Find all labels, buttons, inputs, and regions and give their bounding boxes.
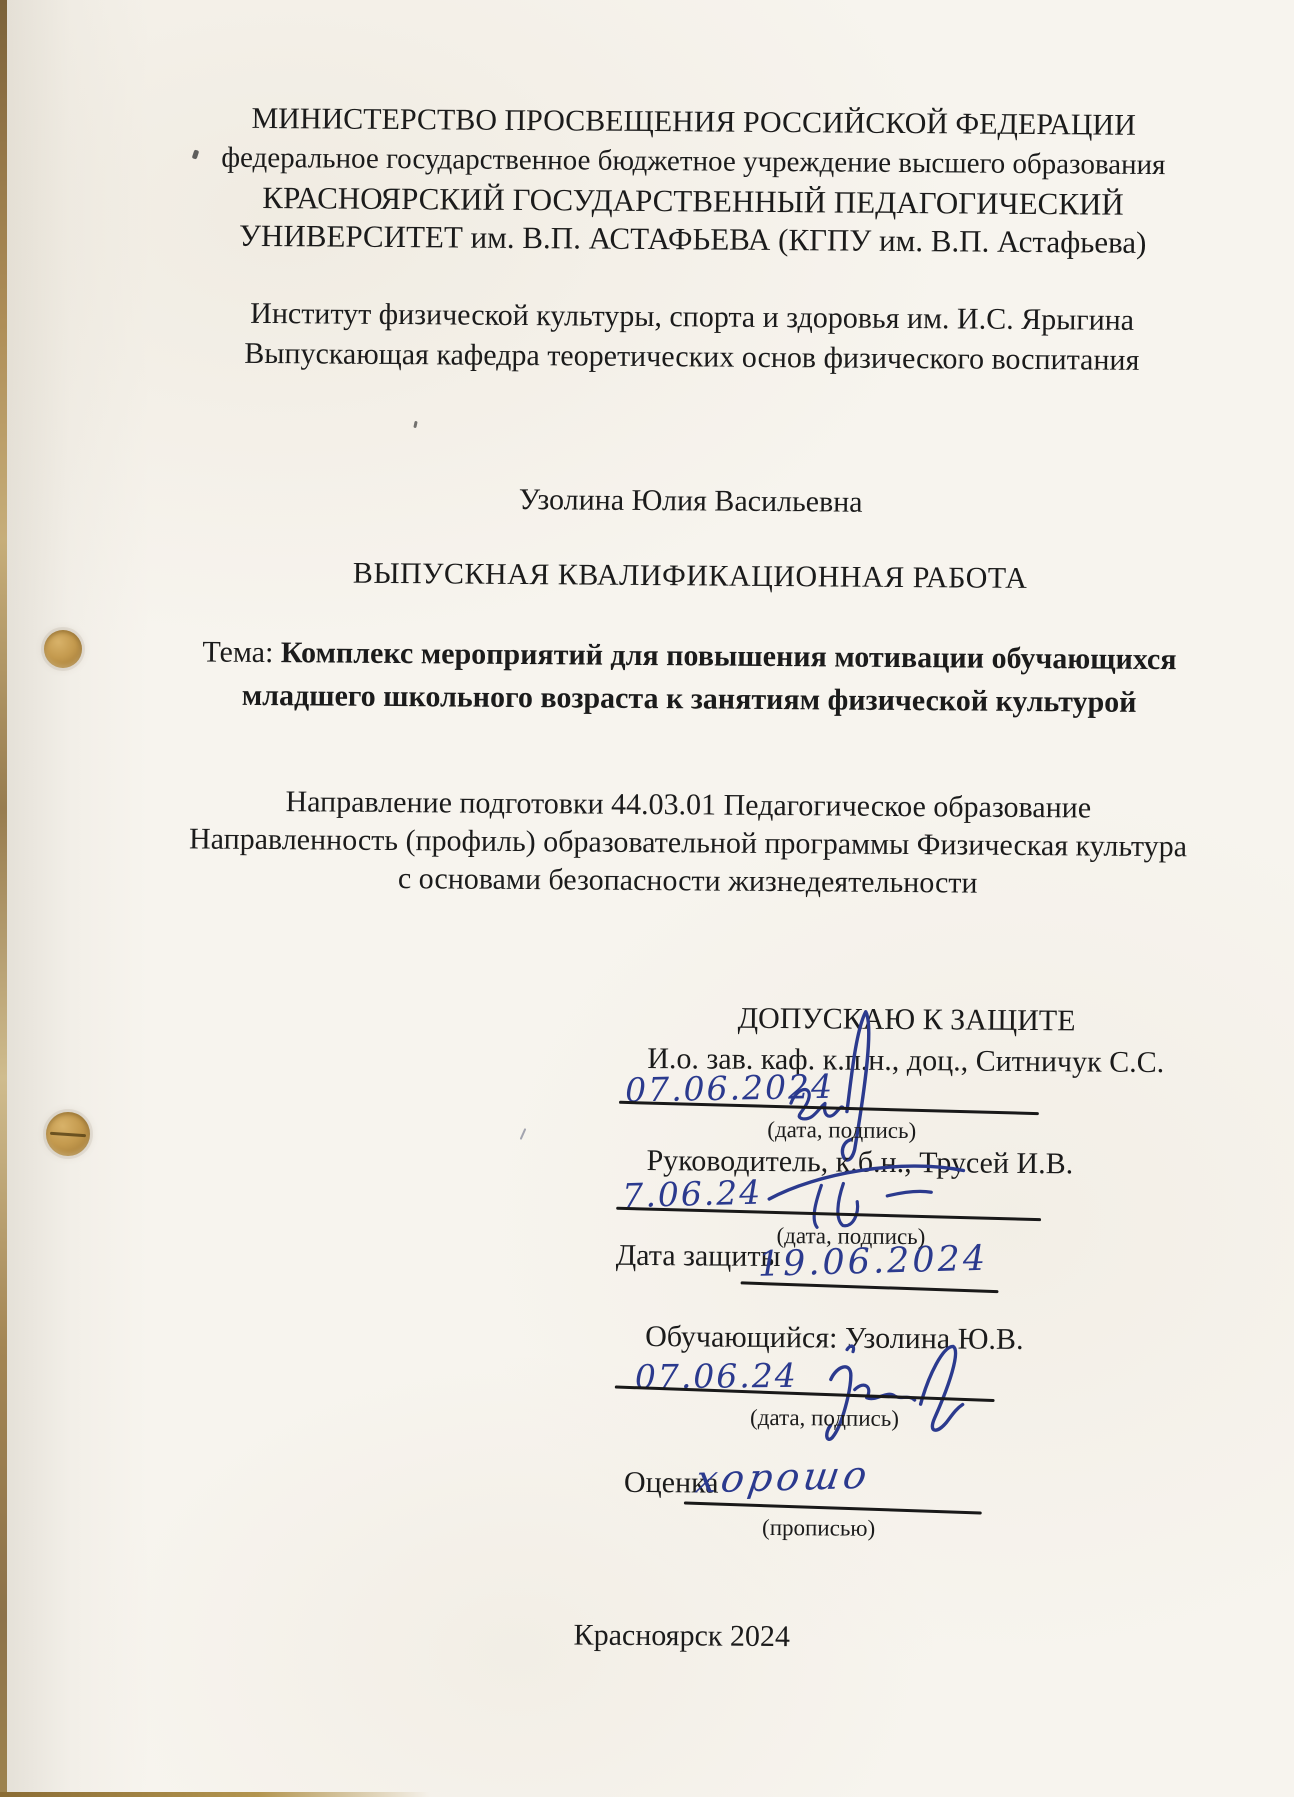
- theme-label: Тема:: [202, 636, 273, 670]
- page-content: МИНИСТЕРСТВО ПРОСВЕЩЕНИЯ РОССИЙСКОЙ ФЕДЕ…: [0, 0, 1294, 1797]
- defense-date-handwriting: 19.06.2024: [757, 1239, 988, 1285]
- program-profile-line1: Направленность (профиль) образовательной…: [83, 821, 1293, 866]
- program-direction-line: Направление подготовки 44.03.01 Педагоги…: [83, 783, 1293, 828]
- university-name-line2: УНИВЕРСИТЕТ им. В.П. АСТАФЬЕВА (КГПУ им.…: [88, 217, 1294, 263]
- grade-line: [684, 1501, 982, 1514]
- theme-line1: Тема: Комплекс мероприятий для повышения…: [84, 634, 1294, 679]
- grade-handwriting: хорошо: [693, 1453, 874, 1502]
- institute-line: Институт физической культуры, спорта и з…: [87, 295, 1294, 340]
- date-sign-caption: (дата, подпись): [682, 1116, 1002, 1145]
- date-sign-caption: (дата, подпись): [664, 1404, 984, 1433]
- city-year-line: Красноярск 2024: [77, 1614, 1287, 1659]
- theme-text-line1: Комплекс мероприятий для повышения мотив…: [281, 636, 1177, 676]
- ministry-line: МИНИСТЕРСТВО ПРОСВЕЩЕНИЯ РОССИЙСКОЙ ФЕДЕ…: [89, 100, 1294, 145]
- scanned-title-page: МИНИСТЕРСТВО ПРОСВЕЩЕНИЯ РОССИЙСКОЙ ФЕДЕ…: [0, 0, 1294, 1797]
- department-line: Выпускающая кафедра теоретических основ …: [87, 335, 1294, 380]
- work-type-title: ВЫПУСКНАЯ КВАЛИФИКАЦИОННАЯ РАБОТА: [85, 554, 1294, 599]
- grade-caption: (прописью): [659, 1514, 979, 1543]
- theme-text-line2: младшего школьного возраста к занятиям ф…: [84, 677, 1294, 722]
- defense-date-line: [741, 1281, 999, 1293]
- program-profile-line2: с основами безопасности жизнедеятельност…: [83, 859, 1293, 904]
- defense-date-label: Дата защиты: [616, 1239, 781, 1275]
- author-name: Узолина Юлия Васильевна: [86, 479, 1294, 524]
- institution-type-line: федеральное государственное бюджетное уч…: [88, 140, 1294, 184]
